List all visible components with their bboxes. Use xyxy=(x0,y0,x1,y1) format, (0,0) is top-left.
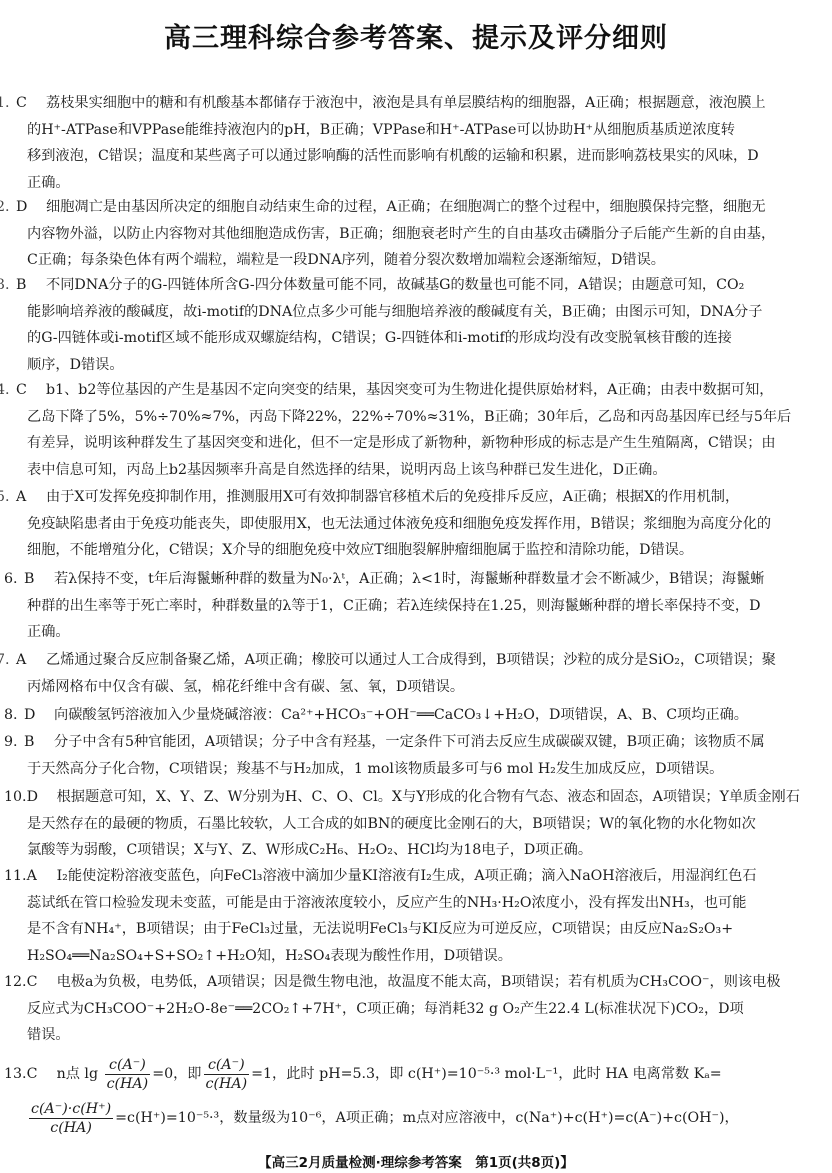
item-text: 错误。 xyxy=(0,1022,832,1049)
item-text: 乙烯通过聚合反应制备聚乙烯，A项正确；橡胶可以通过人工合成得到，B项错误；沙粒的… xyxy=(46,652,776,668)
answer-item-8: 8.D向碳酸氢钙溶液加入少量烧碱溶液：Ca²⁺+HCO₃⁻+OH⁻══CaCO₃… xyxy=(0,702,832,729)
item-text: 是不含有NH₄⁺，B项错误；由于FeCl₃过量，无法说明FeCl₃与KI反应为可… xyxy=(0,916,832,943)
item-answer: A xyxy=(27,863,57,890)
item-text: 有差异，说明该种群发生了基因突变和进化，但不一定是形成了新物种，新物种形成的标志… xyxy=(0,430,832,457)
answer-item-5: 5.A由于X可发挥免疫抑制作用，推测服用X可有效抑制器官移植术后的免疫排斥反应，… xyxy=(0,484,832,564)
item-text: b1、b2等位基因的产生是基因不定向突变的结果，基因突变可为生物进化提供原始材料… xyxy=(46,382,773,398)
item-number: 10. xyxy=(4,784,27,811)
item-answer: C xyxy=(16,90,46,117)
item-text: 氯酸等为弱酸，C项错误；X与Y、Z、W形成C₂H₆、H₂O₂、HCl均为18电子… xyxy=(0,837,832,864)
answer-item-13: 13.Cn点 lg c(A⁻)c(HA)=0，即c(A⁻)c(HA)=1，此时 … xyxy=(0,1052,832,1140)
item-number: 2. xyxy=(0,194,16,221)
fraction-ka-expression: c(A⁻)·c(H⁺)c(HA) xyxy=(29,1100,113,1137)
item-number: 6. xyxy=(4,566,24,593)
answer-item-10: 10.D根据题意可知，X、Y、Z、W分别为H、C、O、Cl。X与Y形成的化合物有… xyxy=(0,784,832,864)
page-title: 高三理科综合参考答案、提示及评分细则 xyxy=(0,16,832,55)
item-text: 丙烯网格布中仅含有碳、氢，棉花纤维中含有碳、氢、氧，D项错误。 xyxy=(0,674,832,701)
item-number: 5. xyxy=(0,484,16,511)
item-number: 13. xyxy=(4,1052,27,1096)
answer-key-page: 高三理科综合参考答案、提示及评分细则 1.C荔枝果实细胞中的糖和有机酸基本都储存… xyxy=(0,0,832,1173)
item-text: 的G-四链体或i-motif区域不能形成双螺旋结构，C错误；G-四链体和i-mo… xyxy=(0,325,832,352)
item-answer: D xyxy=(27,784,57,811)
answer-item-6: 6.B若λ保持不变，t年后海鬣蜥种群的数量为N₀·λᵗ，A正确；λ<1时，海鬣蜥… xyxy=(0,566,832,646)
item-number: 3. xyxy=(0,272,16,299)
answer-item-9: 9.B分子中含有5种官能团，A项错误；分子中含有羟基，一定条件下可消去反应生成碳… xyxy=(0,729,832,782)
item-text: 不同DNA分子的G-四链体所含G-四分体数量可能不同，故碱基G的数量也可能不同，… xyxy=(46,277,744,293)
item-number: 12. xyxy=(4,969,27,996)
answer-item-2: 2.D细胞凋亡是由基因所决定的细胞自动结束生命的过程，A正确；在细胞凋亡的整个过… xyxy=(0,194,832,274)
item-text: C正确；每条染色体有两个端粒，端粒是一段DNA序列，随着分裂次数增加端粒会逐渐缩… xyxy=(0,247,832,274)
item-text: 荔枝果实细胞中的糖和有机酸基本都储存于液泡中，液泡是具有单层膜结构的细胞器，A正… xyxy=(46,95,766,111)
item-text: 种群的出生率等于死亡率时，种群数量的λ等于1，C正确；若λ连续保持在1.25，则… xyxy=(0,593,832,620)
item-text: I₂能使淀粉溶液变蓝色，向FeCl₃溶液中滴加少量KI溶液有I₂生成，A项正确；… xyxy=(57,868,757,884)
item-text: 蕊试纸在管口检验发现未变蓝，可能是由于溶液浓度较小，反应产生的NH₃·H₂O浓度… xyxy=(0,890,832,917)
item-text: =0，即 xyxy=(152,1066,201,1082)
item-text: 若λ保持不变，t年后海鬣蜥种群的数量为N₀·λᵗ，A正确；λ<1时，海鬣蜥种群数… xyxy=(54,571,764,587)
item-number: 8. xyxy=(4,702,24,729)
item-number: 9. xyxy=(4,729,24,756)
item-text: n点 lg xyxy=(57,1066,98,1082)
fraction-a-over-ha: c(A⁻)c(HA) xyxy=(204,1056,250,1093)
answer-item-4: 4.Cb1、b2等位基因的产生是基因不定向突变的结果，基因突变可为生物进化提供原… xyxy=(0,377,832,483)
item-answer: D xyxy=(24,702,54,729)
answer-item-3: 3.B不同DNA分子的G-四链体所含G-四分体数量可能不同，故碱基G的数量也可能… xyxy=(0,272,832,378)
item-text: 移到液泡，C错误；温度和某些离子可以通过影响酶的活性而影响有机酸的运输和积累，进… xyxy=(0,143,832,170)
item-text: 反应式为CH₃COO⁻+2H₂O-8e⁻══2CO₂↑+7H⁺，C项正确；每消耗… xyxy=(0,996,832,1023)
item-text: =1，此时 pH=5.3，即 c(H⁺)=10⁻⁵·³ mol·L⁻¹，此时 H… xyxy=(251,1066,722,1082)
item-text: 是天然存在的最硬的物质，石墨比较软，人工合成的如BN的硬度比金刚石的大，B项错误… xyxy=(0,811,832,838)
item-text: 内容物外溢，以防止内容物对其他细胞造成伤害，B正确；细胞衰老时产生的自由基攻击磷… xyxy=(0,221,832,248)
item-number: 11. xyxy=(4,863,27,890)
item-answer: B xyxy=(24,566,54,593)
page-footer: 【高三2月质量检测·理综参考答案 第1页(共8页)】 xyxy=(0,1151,832,1171)
item-text: 向碳酸氢钙溶液加入少量烧碱溶液：Ca²⁺+HCO₃⁻+OH⁻══CaCO₃↓+H… xyxy=(54,707,748,723)
item-text: 表中信息可知，丙岛上b2基因频率升高是自然选择的结果，说明丙岛上该鸟种群已发生进… xyxy=(0,457,832,484)
item-text: 电极a为负极，电势低，A项错误；因是微生物电池，故温度不能太高，B项错误；若有机… xyxy=(57,974,781,990)
item-text: 能影响培养液的酸碱度，故i-motif的DNA位点多少可能与细胞培养液的酸碱度有… xyxy=(0,299,832,326)
answer-item-7: 7.A乙烯通过聚合反应制备聚乙烯，A项正确；橡胶可以通过人工合成得到，B项错误；… xyxy=(0,647,832,700)
item-answer: C xyxy=(27,969,57,996)
item-text: 顺序，D错误。 xyxy=(0,352,832,379)
item-answer: B xyxy=(16,272,46,299)
item-answer: C xyxy=(27,1052,57,1096)
item-text: 正确。 xyxy=(0,619,832,646)
item-text: 于天然高分子化合物，C项错误；羧基不与H₂加成，1 mol该物质最多可与6 mo… xyxy=(0,756,832,783)
item-text: 的H⁺-ATPase和VPPase能维持液泡内的pH，B正确；VPPase和H⁺… xyxy=(0,117,832,144)
answer-item-12: 12.C电极a为负极，电势低，A项错误；因是微生物电池，故温度不能太高，B项错误… xyxy=(0,969,832,1049)
item-text: =c(H⁺)=10⁻⁵·³，数量级为10⁻⁶，A项正确；m点对应溶液中，c(Na… xyxy=(115,1110,739,1126)
item-answer: A xyxy=(16,647,46,674)
item-text: 细胞凋亡是由基因所决定的细胞自动结束生命的过程，A正确；在细胞凋亡的整个过程中，… xyxy=(46,199,766,215)
item-answer: A xyxy=(16,484,46,511)
item-text: 正确。 xyxy=(0,170,832,197)
item-text: 乙岛下降了5%，5%÷70%≈7%，丙岛下降22%，22%÷70%≈31%，B正… xyxy=(0,404,832,431)
item-text: 分子中含有5种官能团，A项错误；分子中含有羟基，一定条件下可消去反应生成碳碳双键… xyxy=(54,734,765,750)
item-text: 根据题意可知，X、Y、Z、W分别为H、C、O、Cl。X与Y形成的化合物有气态、液… xyxy=(57,789,800,805)
item-text: 细胞，不能增殖分化，C错误；X介导的细胞免疫中效应T细胞裂解肿瘤细胞属于监控和清… xyxy=(0,537,832,564)
answer-item-1: 1.C荔枝果实细胞中的糖和有机酸基本都储存于液泡中，液泡是具有单层膜结构的细胞器… xyxy=(0,90,832,196)
item-number: 1. xyxy=(0,90,16,117)
item-text: 免疫缺陷患者由于免疫功能丧失，即使服用X，也无法通过体液免疫和细胞免疫发挥作用，… xyxy=(0,511,832,538)
item-number: 7. xyxy=(0,647,16,674)
item-text: H₂SO₄══Na₂SO₄+S+SO₂↑+H₂O知，H₂SO₄表现为酸性作用，D… xyxy=(0,943,832,970)
item-answer: D xyxy=(16,194,46,221)
item-number: 4. xyxy=(0,377,16,404)
answer-item-11: 11.AI₂能使淀粉溶液变蓝色，向FeCl₃溶液中滴加少量KI溶液有I₂生成，A… xyxy=(0,863,832,969)
item-answer: C xyxy=(16,377,46,404)
item-text: 由于X可发挥免疫抑制作用，推测服用X可有效抑制器官移植术后的免疫排斥反应，A正确… xyxy=(46,489,739,505)
item-answer: B xyxy=(24,729,54,756)
fraction-a-over-ha: c(A⁻)c(HA) xyxy=(105,1056,151,1093)
